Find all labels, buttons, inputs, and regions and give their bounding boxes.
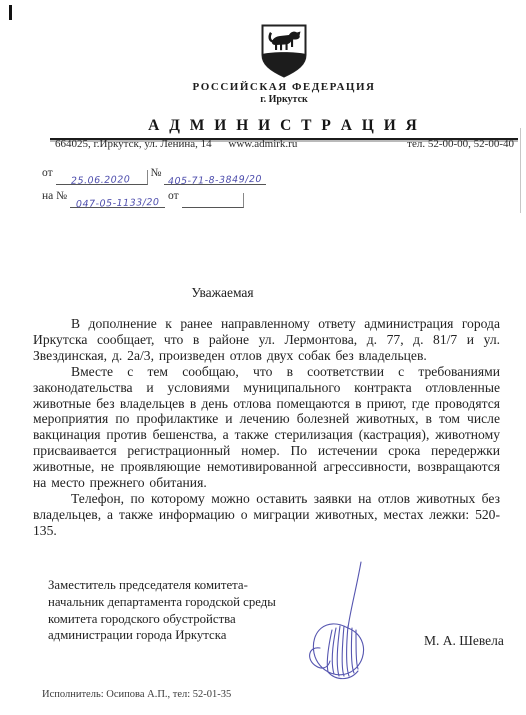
country-name: РОССИЙСКАЯ ФЕДЕРАЦИЯ bbox=[50, 81, 518, 93]
salutation: Уважаемая bbox=[0, 285, 445, 301]
incoming-number-field: 047-05-1133/20 bbox=[70, 193, 165, 208]
position-line: комитета городского обустройства bbox=[48, 611, 338, 628]
scanned-official-letter: РОССИЙСКАЯ ФЕДЕРАЦИЯ г. Иркутск А Д М И … bbox=[0, 0, 526, 715]
reply-to-label: на № bbox=[42, 190, 67, 202]
position-line: Заместитель председателя комитета- bbox=[48, 577, 338, 594]
from-label: от bbox=[42, 167, 53, 179]
irkutsk-babr-coat-of-arms-icon bbox=[261, 24, 307, 78]
handwritten-signature-icon bbox=[298, 560, 393, 685]
postal-address: 664025, г.Иркутск, ул. Ленина, 14 bbox=[55, 138, 212, 150]
handwritten-incoming-number: 047-05-1133/20 bbox=[76, 191, 160, 216]
paragraph-shelter-procedure: Вместе с тем сообщаю, что в соответствии… bbox=[33, 364, 500, 491]
position-line: начальник департамента городской среды bbox=[48, 594, 338, 611]
signer-name: М. А. Шевела bbox=[424, 633, 504, 649]
executor-line: Исполнитель: Осипова А.П., тел: 52-01-35 bbox=[42, 689, 231, 700]
outgoing-date-field: 25.06.2020 bbox=[56, 170, 148, 185]
signer-position-block: Заместитель председателя комитета- начал… bbox=[48, 577, 338, 644]
outgoing-reference-line: от25.06.2020 №405-71-8-3849/20 bbox=[42, 162, 266, 185]
contact-info-row: 664025, г.Иркутск, ул. Ленина, 14 www.ad… bbox=[55, 138, 514, 150]
scan-edge-line bbox=[520, 128, 521, 213]
position-line: администрации города Иркутска bbox=[48, 627, 338, 644]
administration-title: А Д М И Н И С Т Р А Ц И Я bbox=[50, 117, 518, 135]
city-name: г. Иркутск bbox=[50, 94, 518, 105]
address-line: 664025, г.Иркутск, ул. Ленина, 14 www.ad… bbox=[55, 138, 297, 150]
letter-body: В дополнение к ранее направленному ответ… bbox=[33, 316, 500, 539]
handwritten-number: 405-71-8-3849/20 bbox=[168, 168, 263, 193]
paragraph-phone-info: Телефон, по которому можно оставить заяв… bbox=[33, 491, 500, 539]
reference-block: от25.06.2020 №405-71-8-3849/20 на №047-0… bbox=[42, 162, 266, 208]
incoming-date-field bbox=[182, 193, 244, 208]
outgoing-number-field: 405-71-8-3849/20 bbox=[164, 170, 266, 185]
letterhead: РОССИЙСКАЯ ФЕДЕРАЦИЯ г. Иркутск А Д М И … bbox=[50, 24, 518, 140]
scan-artifact-mark bbox=[9, 5, 12, 20]
paragraph-dog-capture: В дополнение к ранее направленному ответ… bbox=[33, 316, 500, 364]
website-text: www.admirk.ru bbox=[228, 138, 297, 150]
handwritten-date: 25.06.2020 bbox=[71, 168, 131, 193]
number-label: № bbox=[151, 167, 162, 179]
phone-numbers: тел. 52-00-00, 52-00-40 bbox=[407, 138, 514, 150]
